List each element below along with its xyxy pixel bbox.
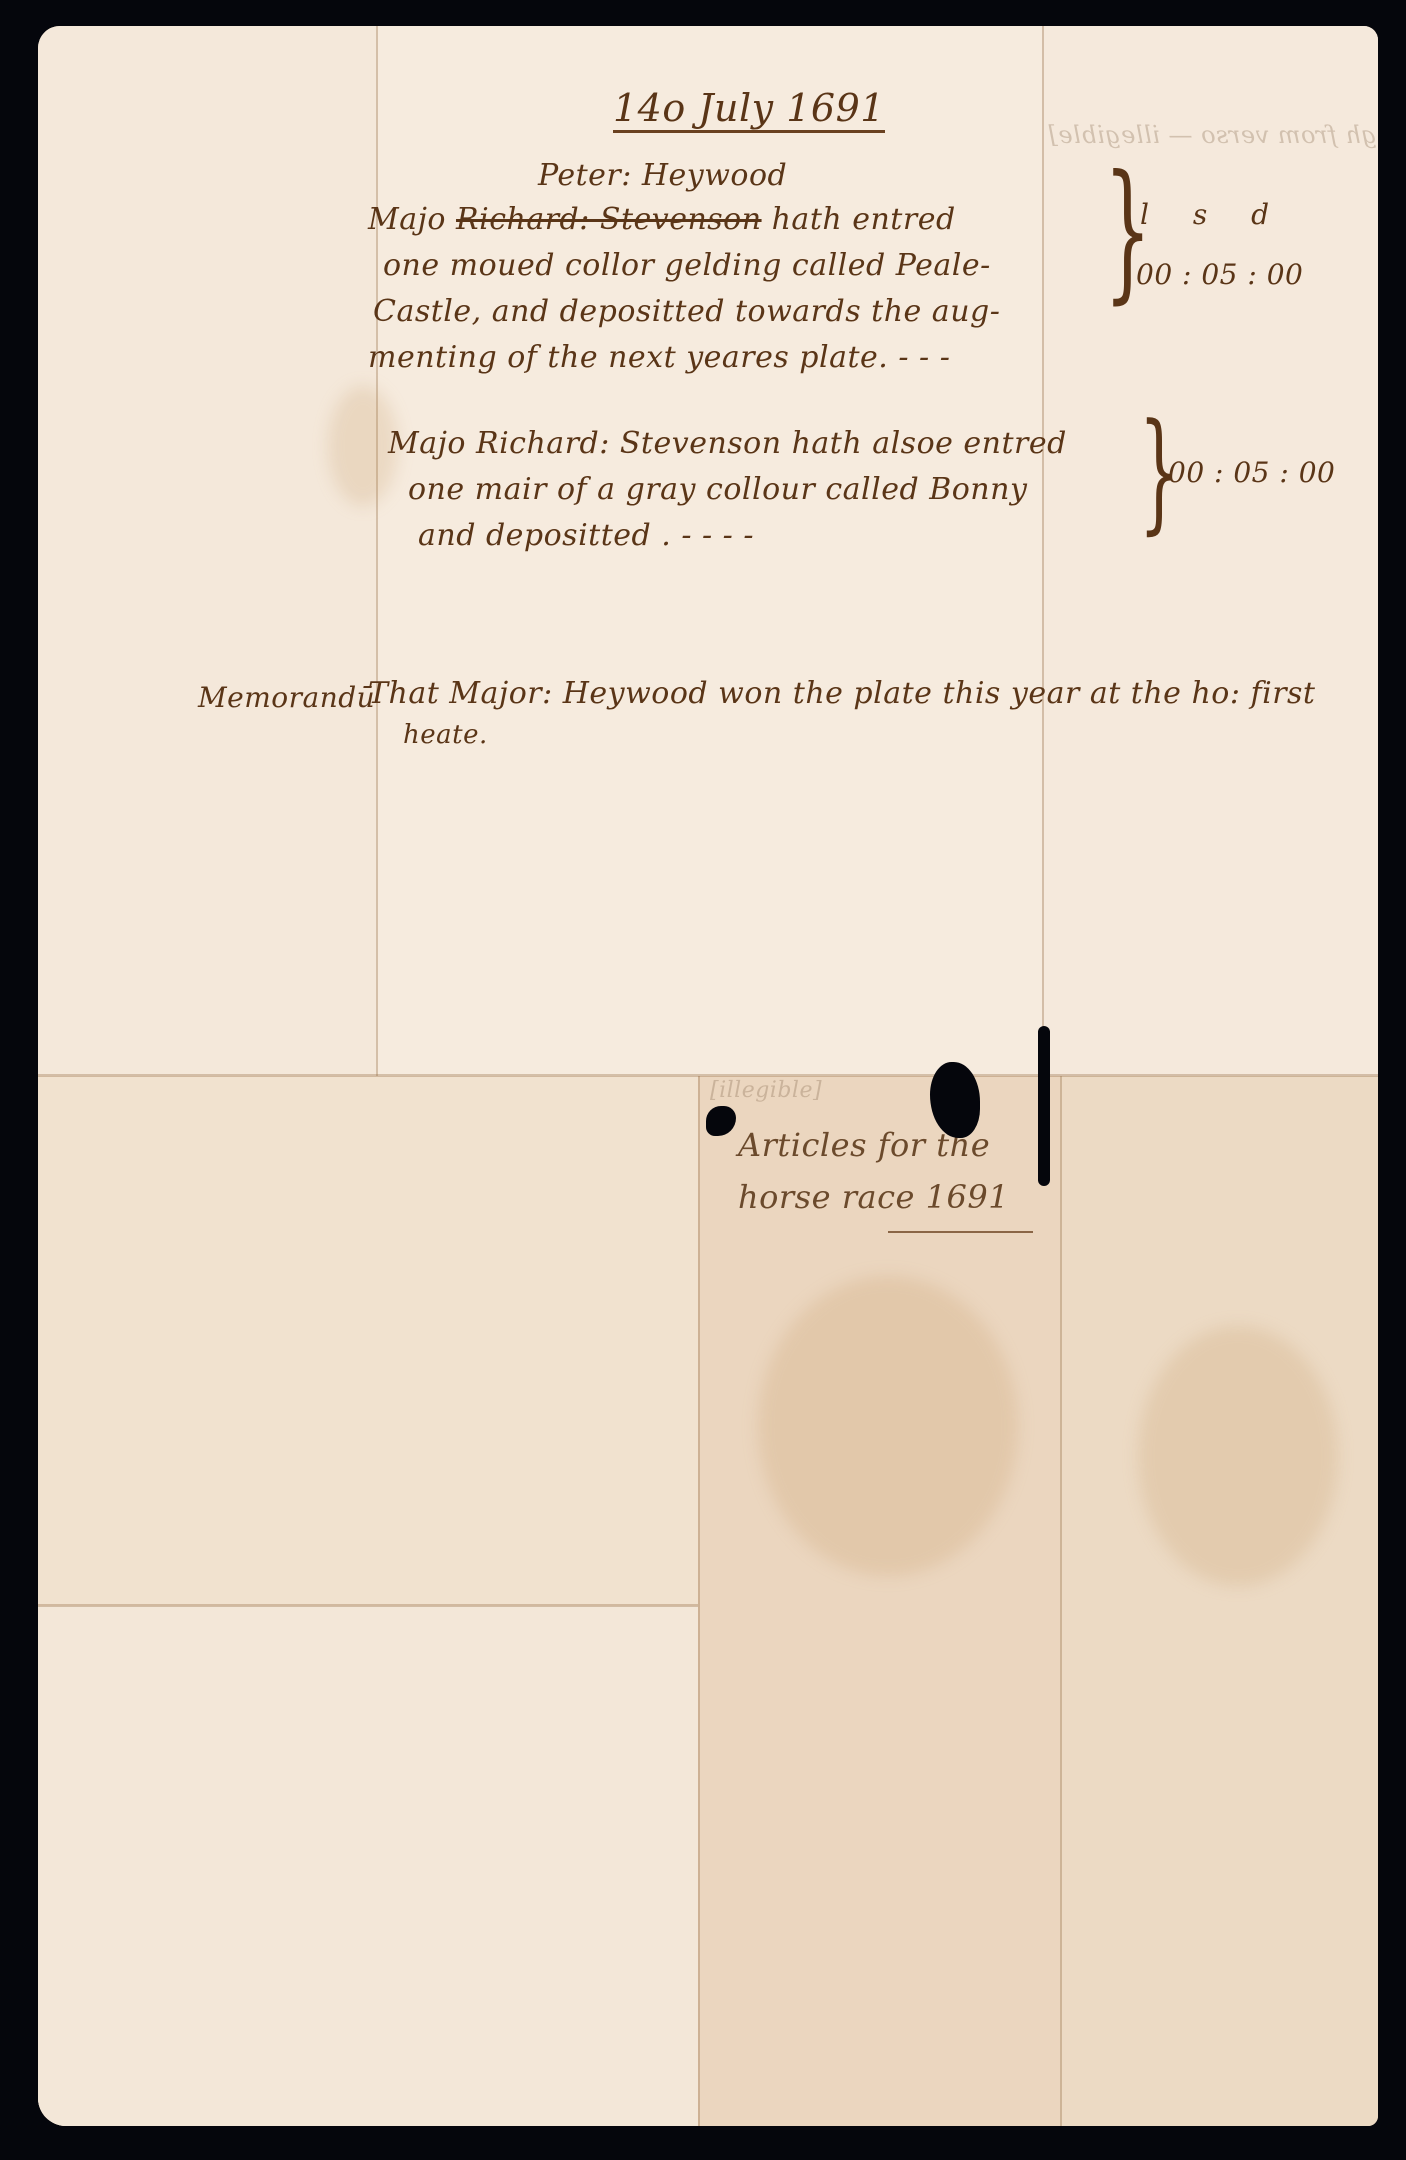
entry1-amount-header: l s d (1140, 198, 1270, 231)
fold-line (38, 1074, 1378, 1077)
entry1-line2: one moued collor gelding called Peale- (383, 248, 991, 283)
heading-date: 14o July 1691 (613, 86, 885, 133)
endorsement-line2: horse race 1691 (738, 1178, 1009, 1216)
entry1-line3: Castle, and depositted towards the aug- (373, 294, 1000, 329)
fold-panel-top-right (1042, 26, 1378, 1076)
entry1-amount: 00 : 05 : 00 (1136, 258, 1303, 291)
memorandum-line2: heate. (403, 720, 488, 750)
memorandum-label: Memorandū (198, 681, 375, 714)
memorandum-line1: That Major: Heywood won the plate this y… (368, 676, 1316, 711)
entry2-line2: one mair of a gray collour called Bonny (408, 472, 1027, 507)
entry2-line3: and depositted . - - - - (418, 518, 754, 553)
fold-line (1060, 1076, 1062, 2126)
entry2-line1: Majo Richard: Stevenson hath alsoe entre… (388, 426, 1067, 461)
fold-panel-bottom-right (1060, 1076, 1378, 2126)
entry1-owner-correction: Peter: Heywood (538, 158, 787, 193)
fold-line (376, 26, 378, 1076)
fold-line (1042, 26, 1044, 1076)
fold-line (698, 1076, 700, 2126)
entry1-line4: menting of the next yeares plate. - - - (368, 340, 950, 375)
entry1-line1-end: hath entred (772, 202, 956, 237)
fold-line (38, 1604, 698, 1607)
fold-panel-bottom-left-lower (38, 1606, 698, 2126)
entry1-prefix: Majo (368, 202, 446, 237)
manuscript-sheet: [reversed text showing through from vers… (38, 26, 1378, 2126)
endorsement-rule (888, 1231, 1033, 1233)
entry1-line1: Majo Richard: Stevenson hath entred (368, 202, 956, 237)
stain (758, 1276, 1018, 1576)
endorsement-illegible: [illegible] (710, 1078, 822, 1103)
stain (1138, 1326, 1338, 1586)
entry2-amount: 00 : 05 : 00 (1168, 456, 1335, 489)
entry1-struck-name: Richard: Stevenson (456, 202, 762, 237)
paper-tear (1038, 1026, 1050, 1186)
fold-panel-top-left (38, 26, 376, 1076)
fold-panel-bottom-middle (698, 1076, 1060, 2126)
show-through-text: [reversed text showing through from vers… (1048, 121, 1378, 149)
